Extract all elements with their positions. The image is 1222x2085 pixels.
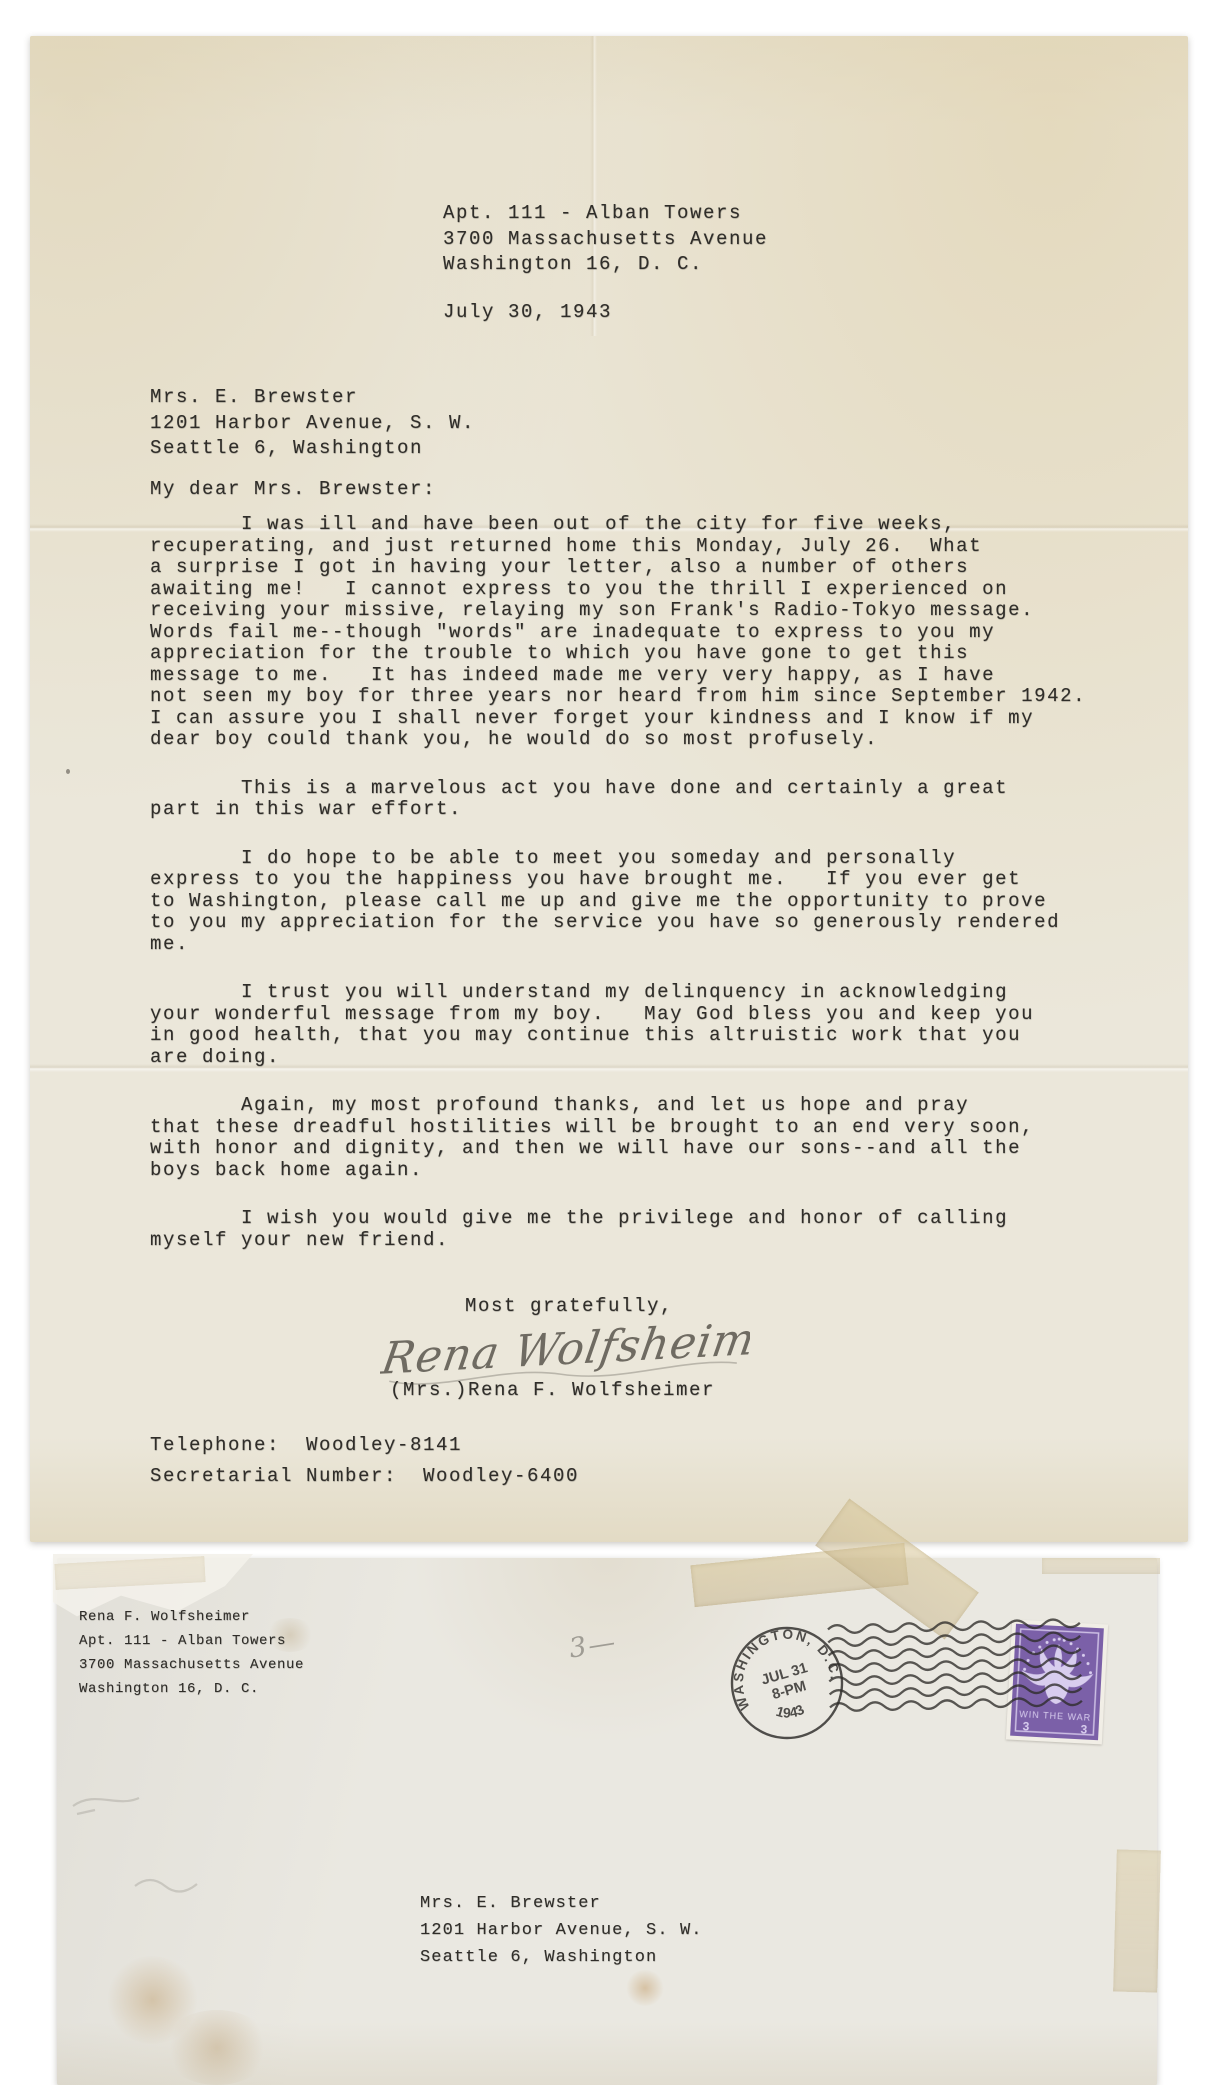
envelope-return-address: Rena F. Wolfsheimer Apt. 111 - Alban Tow… [79,1605,304,1701]
stamp-denomination: 3 [1080,1722,1088,1736]
letter-date: July 30, 1943 [443,300,612,326]
tape-piece [1113,1849,1161,1992]
paragraph: Again, my most profound thanks, and let … [150,1095,1160,1181]
envelope-recipient-address: Mrs. E. Brewster 1201 Harbor Avenue, S. … [420,1890,703,1971]
paragraph: This is a marvelous act you have done an… [150,778,1160,821]
sender-address: Apt. 111 - Alban Towers 3700 Massachuset… [443,201,768,278]
stain-spot [162,2010,272,2085]
letter-body: I was ill and have been out of the city … [150,514,1160,1278]
stamp-denomination: 3 [1022,1719,1030,1733]
stain-spot [625,1970,665,2006]
pencil-rate-note: 3— [567,1626,619,1664]
paragraph: I was ill and have been out of the city … [150,514,1160,751]
scanned-document: Apt. 111 - Alban Towers 3700 Massachuset… [0,0,1222,2085]
stain-spot [105,1956,200,2044]
recipient-address: Mrs. E. Brewster 1201 Harbor Avenue, S. … [150,385,475,462]
salutation: My dear Mrs. Brewster: [150,477,436,503]
letter-sheet: Apt. 111 - Alban Towers 3700 Massachuset… [30,36,1188,1542]
envelope: Rena F. Wolfsheimer Apt. 111 - Alban Tow… [57,1558,1157,2085]
pencil-scribble [65,1778,235,1908]
fold-crease [590,36,597,336]
paragraph: I trust you will understand my delinquen… [150,982,1160,1068]
cancellation-lines [827,1618,1095,1718]
signature-text: Rena Wolfsheimer [380,1312,750,1385]
typed-signature-name: (Mrs.)Rena F. Wolfsheimer [390,1378,715,1404]
telephone-footer: Telephone: Woodley-8141 Secretarial Numb… [150,1430,579,1491]
tape-piece [1042,1558,1160,1574]
paragraph: I do hope to be able to meet you someday… [150,848,1160,956]
ink-speck [66,769,70,774]
paragraph: I wish you would give me the privilege a… [150,1208,1160,1251]
